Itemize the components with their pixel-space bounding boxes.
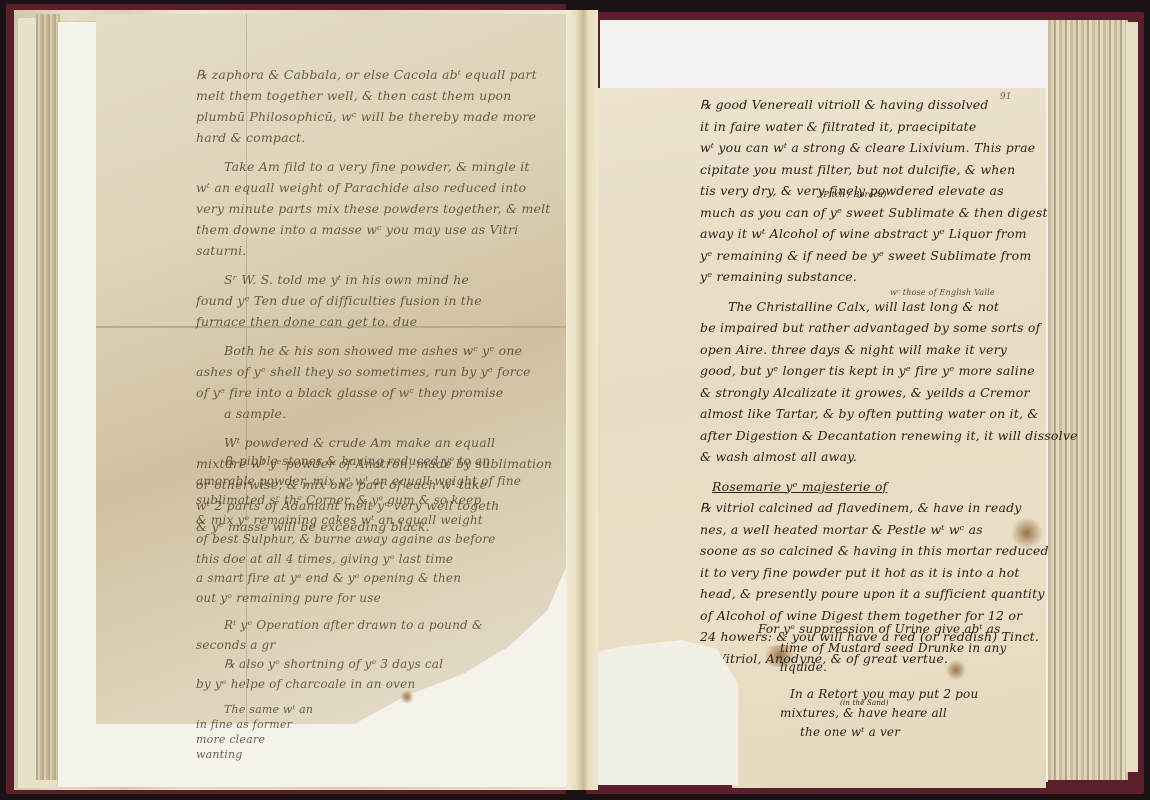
manuscript-line: ℞ pibble stones & having reduced yᵉ to a… xyxy=(196,452,521,472)
manuscript-line: a sample. xyxy=(196,403,552,424)
manuscript-line: ℞ good Venereall vitrioll & having disso… xyxy=(700,94,1078,116)
manuscript-line: them downe into a masse wᶜ you may use a… xyxy=(196,219,552,240)
manuscript-line: sublimated sʳ thᵉ Corner, & yᵉ gum & so … xyxy=(196,491,521,511)
manuscript-line: hard & compact. xyxy=(196,127,552,148)
left-fore-edge xyxy=(36,14,60,780)
manuscript-line: of yᵉ fire into a black glasse of wᶜ the… xyxy=(196,382,552,403)
manuscript-line: after Digestion & Decantation renewing i… xyxy=(700,425,1078,447)
manuscript-line: plumbū Philosophicū, wᶜ will be thereby … xyxy=(196,106,552,127)
manuscript-line: ashes of yᵉ shell they so sometimes, run… xyxy=(196,361,552,382)
right-page-text: ℞ good Venereall vitrioll & having disso… xyxy=(700,94,1078,677)
manuscript-line: The Christalline Calx, will last long & … xyxy=(700,296,1078,318)
manuscript-line: open Aire. three days & night will make … xyxy=(700,339,1078,361)
interlinear-note: (in the Sand) xyxy=(840,699,889,707)
manuscript-line: tis very dry, & very finely powdered ele… xyxy=(700,180,1078,202)
manuscript-line: cipitate you must filter, but not dulcif… xyxy=(700,159,1078,181)
manuscript-line: nes, a well heated mortar & Pestle wᵗ wᶜ… xyxy=(700,519,1078,541)
interlinear-note: (Pitch / Boraca) xyxy=(820,190,887,200)
left-paragraph-4: Both he & his son showed me ashes wᶜ yᵉ … xyxy=(196,340,552,424)
manuscript-line: amorable powder, mix yᵉ wᵗ an equall wei… xyxy=(196,472,521,492)
manuscript-line: be impaired but rather advantaged by som… xyxy=(700,317,1078,339)
manuscript-line: Wᵗ powdered & crude Am make an equall xyxy=(196,432,552,453)
manuscript-line: out yᵉ remaining pure for use xyxy=(196,589,521,609)
manuscript-line: & wash almost all away. xyxy=(700,446,1078,468)
manuscript-line: by yᵉ helpe of charcoale in an oven xyxy=(196,675,521,695)
left-paragraph-2: Take Am fild to a very fine powder, & mi… xyxy=(196,156,552,261)
right-paragraph-2: The Christalline Calx, will last long & … xyxy=(700,296,1078,468)
manuscript-line: ℞ also yᵉ shortning of yᵉ 3 days cal xyxy=(196,655,521,675)
manuscript-line: more cleare xyxy=(196,732,521,747)
manuscript-line: wanting xyxy=(196,747,521,762)
manuscript-line: time of Mustard seed Drunke in any xyxy=(730,639,1007,658)
left-paragraph-8: The same wᵗ an in fine as former more cl… xyxy=(196,702,521,762)
manuscript-line: much as you can of yᵉ sweet Sublimate & … xyxy=(700,202,1078,224)
manuscript-line: almost like Tartar, & by often putting w… xyxy=(700,403,1078,425)
manuscript-line: yᵉ remaining substance. xyxy=(700,266,1078,288)
manuscript-line: & strongly Alcalizate it growes, & yeild… xyxy=(700,382,1078,404)
manuscript-line: found yᵉ Ten due of difficulties fusion … xyxy=(196,290,552,311)
book-gutter xyxy=(566,10,598,790)
right-paragraph-5: In a Retort you may put 2 pou mixtures, … xyxy=(730,685,1007,742)
manuscript-line: The same wᵗ an xyxy=(196,702,521,717)
manuscript-line: Take Am fild to a very fine powder, & mi… xyxy=(196,156,552,177)
manuscript-line: of best Sulphur, & burne away againe as … xyxy=(196,530,521,550)
interlinear-note: wᶜ those of English Valle xyxy=(890,288,995,298)
manuscript-line: good, but yᵉ longer tis kept in yᵉ fire … xyxy=(700,360,1078,382)
manuscript-line: yᵉ remaining & if need be yᵉ sweet Subli… xyxy=(700,245,1078,267)
right-paragraph-1: ℞ good Venereall vitrioll & having disso… xyxy=(700,94,1078,288)
manuscript-line: melt them together well, & then cast the… xyxy=(196,85,552,106)
manuscript-line: ℞ vitriol calcined ad flavedinem, & have… xyxy=(700,497,1078,519)
manuscript-line: Rᵗ yᵉ Operation after drawn to a pound & xyxy=(196,616,521,636)
left-page-text-lower: ℞ pibble stones & having reduced yᵉ to a… xyxy=(196,452,521,770)
manuscript-line: Both he & his son showed me ashes wᶜ yᵉ … xyxy=(196,340,552,361)
manuscript-line: Sʳ W. S. told me yᵗ in his own mind he xyxy=(196,269,552,290)
right-page-text-lower: For yᵉ suppression of Urine give abᵗ as … xyxy=(730,620,1007,750)
manuscript-line: away it wᵗ Alcohol of wine abstract yᵉ L… xyxy=(700,223,1078,245)
manuscript-line: & mix yᵉ remaining cakes wᵗ an equall we… xyxy=(196,511,521,531)
recipe-heading: Rosemarie yᵉ majesterie of xyxy=(700,476,1078,498)
manuscript-line: head, & presently poure upon it a suffic… xyxy=(700,583,1078,605)
manuscript-line: For yᵉ suppression of Urine give abᵗ as xyxy=(730,620,1007,639)
manuscript-line: the one wᵗ a ver xyxy=(730,723,1007,742)
left-paragraph-3: Sʳ W. S. told me yᵗ in his own mind he f… xyxy=(196,269,552,332)
manuscript-line: wᵗ an equall weight of Parachide also re… xyxy=(196,177,552,198)
manuscript-line: liquide. xyxy=(730,658,1007,677)
left-paragraph-6: ℞ pibble stones & having reduced yᵉ to a… xyxy=(196,452,521,608)
manuscript-line: this doe at all 4 times, giving yᵉ last … xyxy=(196,550,521,570)
manuscript-line: seconds a gr xyxy=(196,636,521,656)
manuscript-line: in fine as former xyxy=(196,717,521,732)
manuscript-line: it in faire water & filtrated it, praeci… xyxy=(700,116,1078,138)
torn-paper-patch xyxy=(598,640,738,785)
manuscript-line: furnace then done can get to. due xyxy=(196,311,552,332)
manuscript-line: it to very fine powder put it hot as it … xyxy=(700,562,1078,584)
manuscript-line: very minute parts mix these powders toge… xyxy=(196,198,552,219)
left-paragraph-7: Rᵗ yᵉ Operation after drawn to a pound &… xyxy=(196,616,521,694)
manuscript-line: soone as so calcined & having in this mo… xyxy=(700,540,1078,562)
right-endpaper xyxy=(1126,22,1138,772)
manuscript-line: ℞ zaphora & Cabbala, or else Cacola abᵗ … xyxy=(196,64,552,85)
manuscript-line: wᵗ you can wᵗ a strong & cleare Lixivium… xyxy=(700,137,1078,159)
manuscript-line: a smart fire at yᵉ end & yᵉ opening & th… xyxy=(196,569,521,589)
manuscript-line: saturni. xyxy=(196,240,552,261)
right-paragraph-4: For yᵉ suppression of Urine give abᵗ as … xyxy=(730,620,1007,677)
left-paragraph-1: ℞ zaphora & Cabbala, or else Cacola abᵗ … xyxy=(196,64,552,148)
